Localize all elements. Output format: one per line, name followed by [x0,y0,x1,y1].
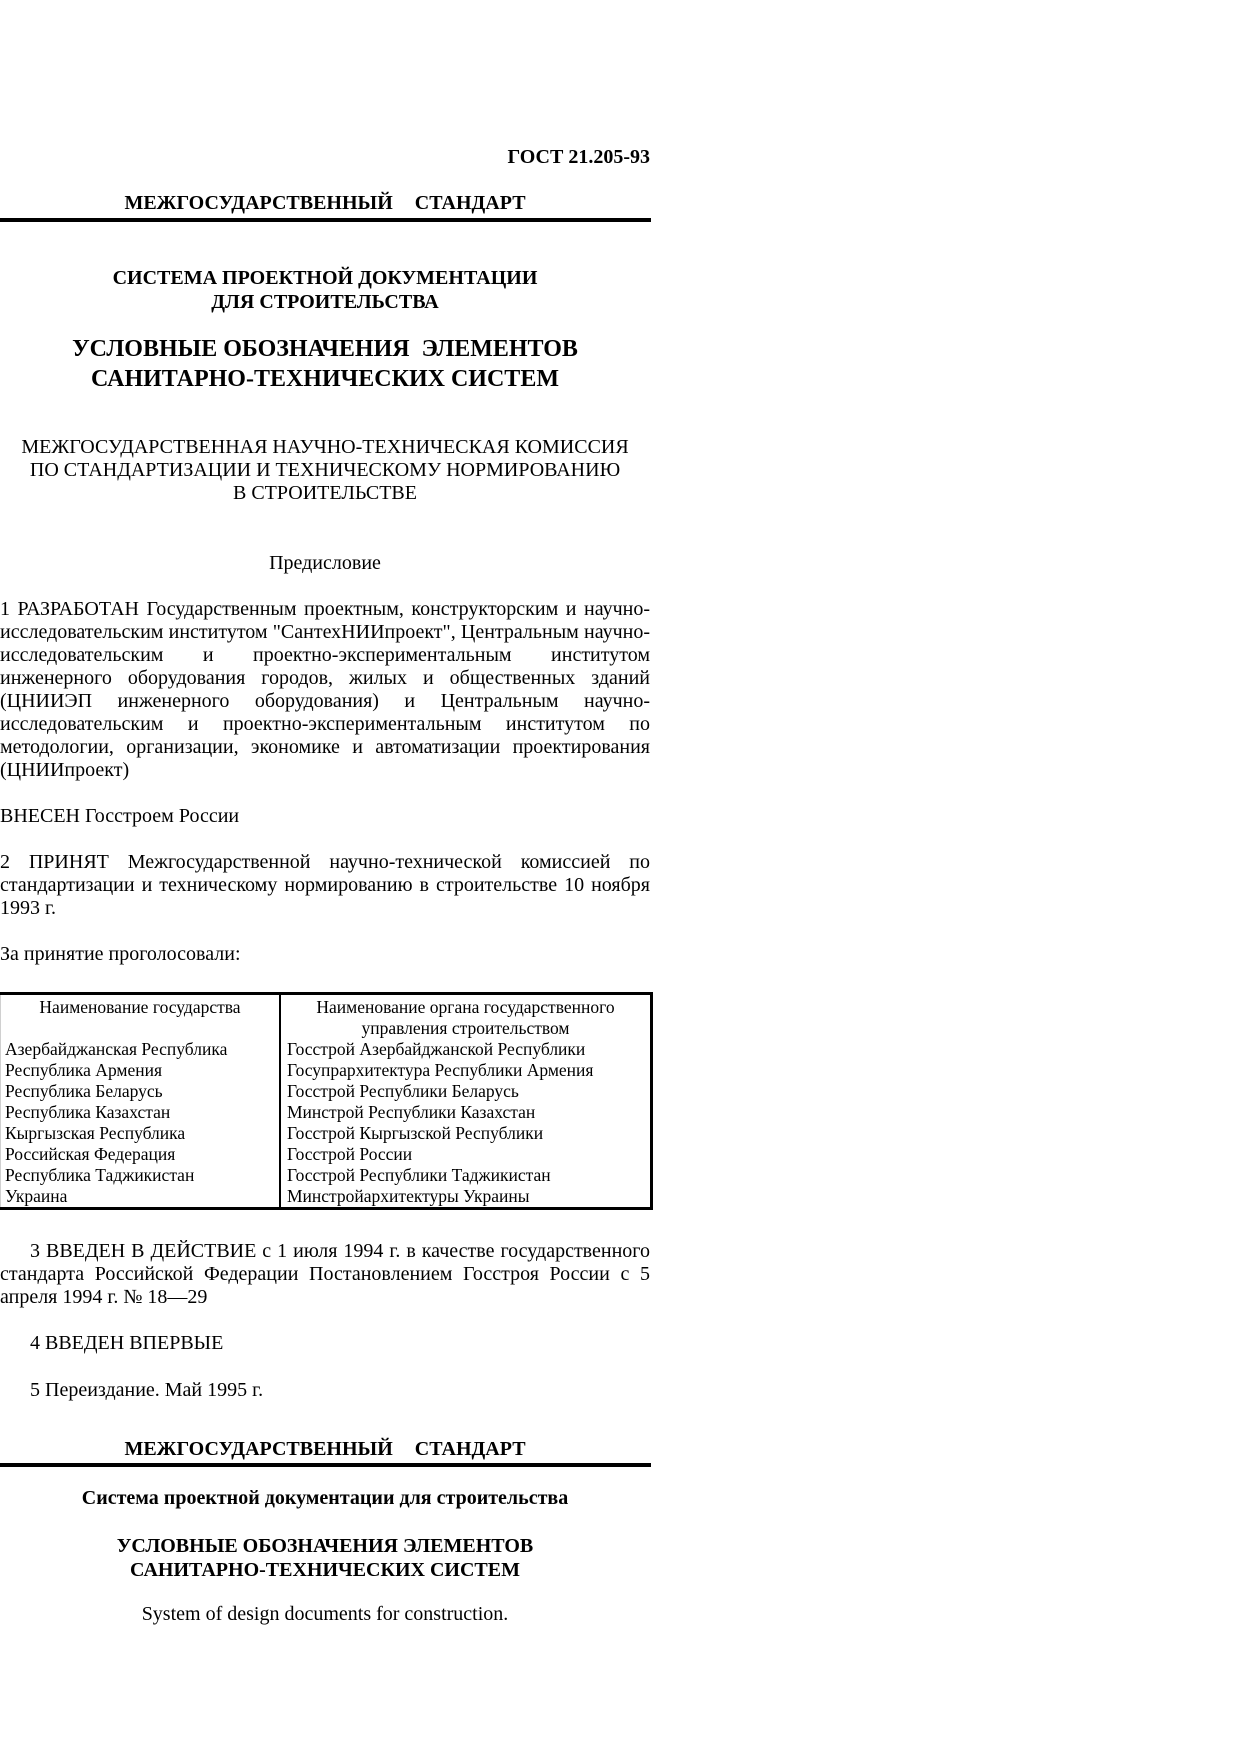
standard-type-word1: МЕЖГОСУДАРСТВЕННЫЙ [124,1438,392,1460]
authority-cell: Госстрой России [280,1144,652,1165]
voting-states-table: Наименование государства Наименование ор… [0,992,653,1210]
standard-type-word1: МЕЖГОСУДАРСТВЕННЫЙ [124,192,392,214]
table-row: Республика БеларусьГосстрой Республики Б… [1,1081,652,1102]
table-row: Республика АрменияГосупрархитектура Респ… [1,1060,652,1081]
system-title-line2: ДЛЯ СТРОИТЕЛЬСТВА [0,290,650,314]
heading-rule-2 [0,1463,651,1467]
authority-cell: Минстройархитектуры Украины [280,1186,652,1209]
table-row: УкраинаМинстройархитектуры Украины [1,1186,652,1209]
table-row: Республика ТаджикистанГосстрой Республик… [1,1165,652,1186]
foreword-item-5: 5 Переиздание. Май 1995 г. [0,1379,650,1402]
main-title-2: УСЛОВНЫЕ ОБОЗНАЧЕНИЯ ЭЛЕМЕНТОВ САНИТАРНО… [0,1534,650,1582]
state-cell: Азербайджанская Республика [1,1039,281,1060]
authority-cell: Госстрой Кыргызской Республики [280,1123,652,1144]
column-header-authority: Наименование органа государственного упр… [280,994,652,1040]
heading-rule [0,218,651,222]
table-row: Кыргызская РеспубликаГосстрой Кыргызской… [1,1123,652,1144]
authority-cell: Госстрой Республики Беларусь [280,1081,652,1102]
foreword-item-3: 3 ВВЕДЕН В ДЕЙСТВИЕ с 1 июля 1994 г. в к… [0,1240,650,1309]
state-cell: Республика Таджикистан [1,1165,281,1186]
state-cell: Украина [1,1186,281,1209]
authority-cell: Госстрой Республики Таджикистан [280,1165,652,1186]
commission-line2: ПО СТАНДАРТИЗАЦИИ И ТЕХНИЧЕСКОМУ НОРМИРО… [0,459,650,482]
system-title-line1: СИСТЕМА ПРОЕКТНОЙ ДОКУМЕНТАЦИИ [0,266,650,290]
main-title-line1: УСЛОВНЫЕ ОБОЗНАЧЕНИЯ ЭЛЕМЕНТОВ [0,334,650,364]
table-row: Азербайджанская РеспубликаГосстрой Азерб… [1,1039,652,1060]
column-header-state: Наименование государства [1,994,281,1040]
main-title: УСЛОВНЫЕ ОБОЗНАЧЕНИЯ ЭЛЕМЕНТОВ САНИТАРНО… [0,334,650,394]
state-cell: Республика Казахстан [1,1102,281,1123]
introduced-by: ВНЕСЕН Госстроем России [0,805,650,828]
table-row: Республика КазахстанМинстрой Республики … [1,1102,652,1123]
foreword-item-2: 2 ПРИНЯТ Межгосударственной научно-техни… [0,851,650,920]
main-title-2-line1: УСЛОВНЫЕ ОБОЗНАЧЕНИЯ ЭЛЕМЕНТОВ [0,1534,650,1558]
state-cell: Республика Беларусь [1,1081,281,1102]
main-title-line2: САНИТАРНО-ТЕХНИЧЕСКИХ СИСТЕМ [0,364,650,394]
table-row: Российская ФедерацияГосстрой России [1,1144,652,1165]
standard-type-word2: СТАНДАРТ [415,1438,526,1460]
state-cell: Российская Федерация [1,1144,281,1165]
table-header-row: Наименование государства Наименование ор… [1,994,652,1040]
commission-line3: В СТРОИТЕЛЬСТВЕ [0,482,650,505]
standard-type-heading-2: МЕЖГОСУДАРСТВЕННЫЙСТАНДАРТ [0,1438,650,1461]
authority-cell: Минстрой Республики Казахстан [280,1102,652,1123]
authority-cell: Госупрархитектура Республики Армения [280,1060,652,1081]
main-title-2-line2: САНИТАРНО-ТЕХНИЧЕСКИХ СИСТЕМ [0,1558,650,1582]
gost-code: ГОСТ 21.205-93 [350,146,650,169]
foreword-item-4: 4 ВВЕДЕН ВПЕРВЫЕ [0,1332,650,1355]
foreword-heading: Предисловие [0,552,650,575]
system-title-2: Система проектной документации для строи… [0,1487,650,1510]
commission-line1: МЕЖГОСУДАРСТВЕННАЯ НАУЧНО-ТЕХНИЧЕСКАЯ КО… [0,436,650,459]
standard-type-word2: СТАНДАРТ [415,192,526,214]
voted-label: За принятие проголосовали: [0,943,650,966]
english-title: System of design documents for construct… [0,1603,650,1626]
authority-cell: Госстрой Азербайджанской Республики [280,1039,652,1060]
commission-name: МЕЖГОСУДАРСТВЕННАЯ НАУЧНО-ТЕХНИЧЕСКАЯ КО… [0,436,650,505]
state-cell: Республика Армения [1,1060,281,1081]
standard-type-heading: МЕЖГОСУДАРСТВЕННЫЙСТАНДАРТ [0,192,650,215]
state-cell: Кыргызская Республика [1,1123,281,1144]
system-title: СИСТЕМА ПРОЕКТНОЙ ДОКУМЕНТАЦИИ ДЛЯ СТРОИ… [0,266,650,314]
foreword-item-1: 1 РАЗРАБОТАН Государственным проектным, … [0,598,650,782]
